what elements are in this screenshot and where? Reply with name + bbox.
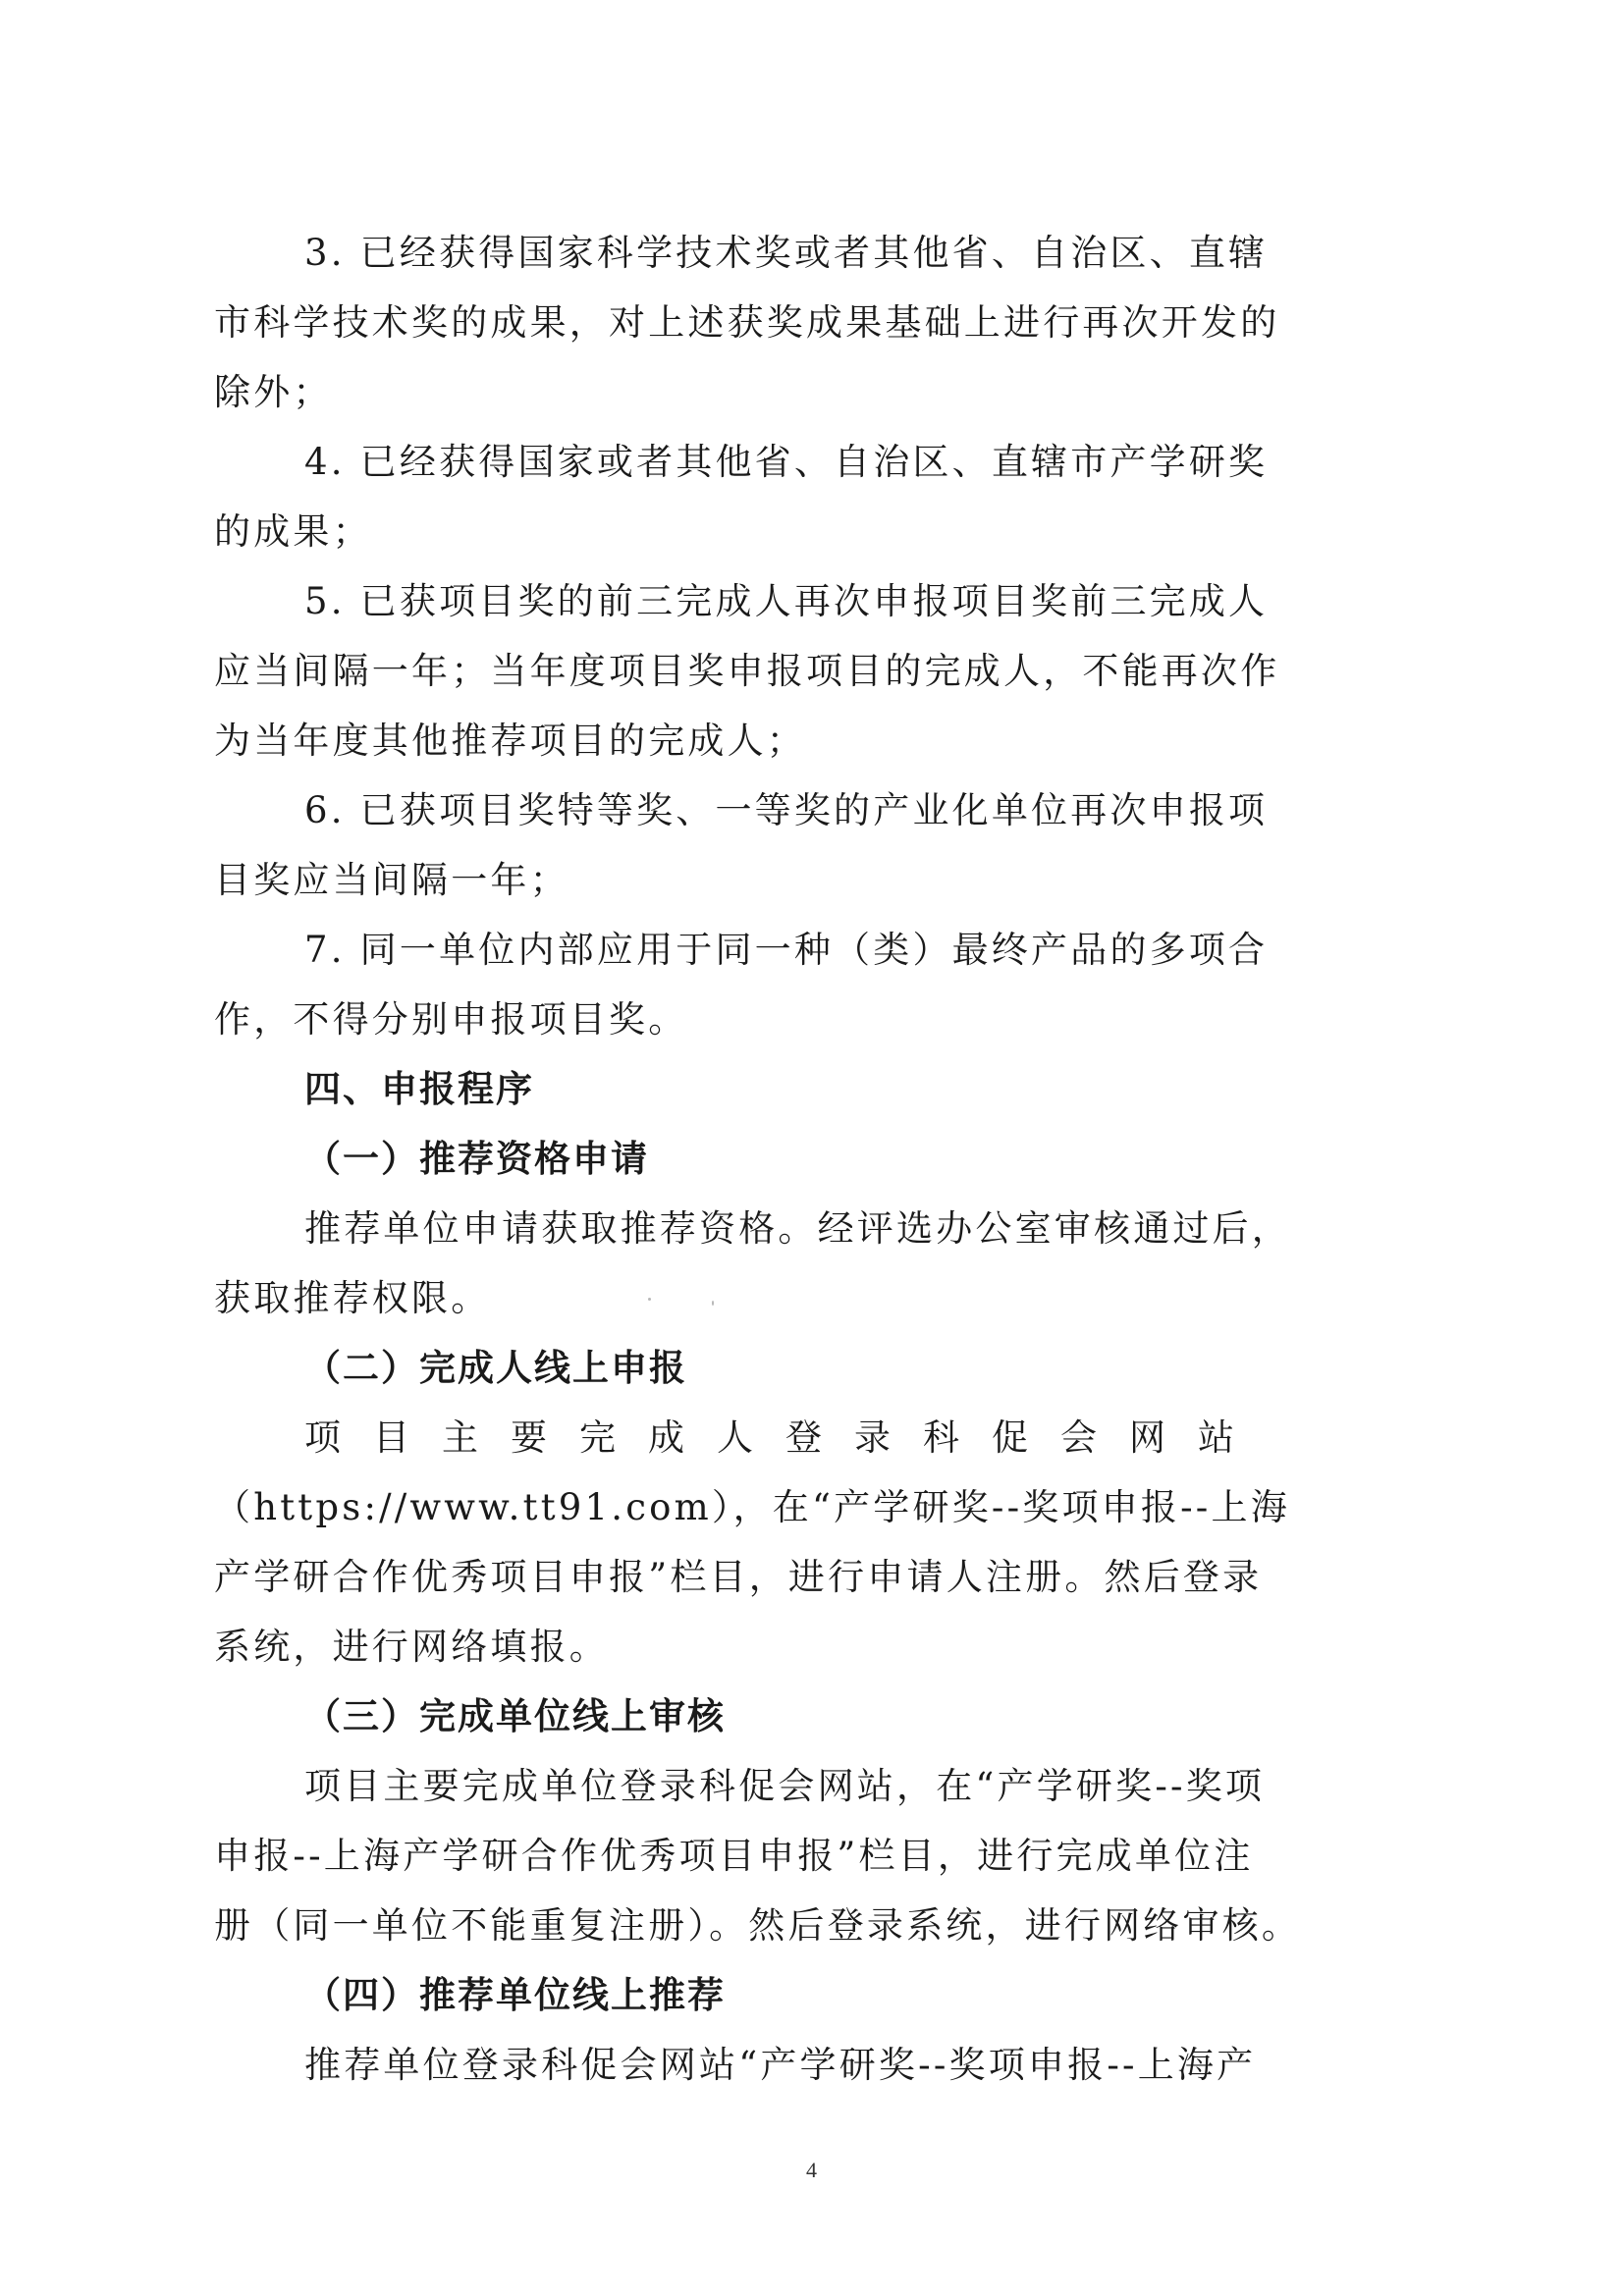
paragraph-line: 除外； xyxy=(214,357,1382,427)
paragraph-line: 市科学技术奖的成果，对上述获奖成果基础上进行再次开发的 xyxy=(214,288,1382,357)
document-page: 3. 已经获得国家科学技术奖或者其他省、自治区、直辖 市科学技术奖的成果，对上述… xyxy=(214,218,1382,2100)
paragraph-line: 应当间隔一年；当年度项目奖申报项目的完成人，不能再次作 xyxy=(214,636,1382,706)
subsection-heading: （四）推荐单位线上推荐 xyxy=(214,1960,1382,2030)
paragraph-line: 目奖应当间隔一年； xyxy=(214,845,1382,915)
subsection-heading: （二）完成人线上申报 xyxy=(214,1333,1382,1403)
paragraph-line: 获取推荐权限。 xyxy=(214,1263,1382,1333)
item-5: 5. 已获项目奖的前三完成人再次申报项目奖前三完成人 应当间隔一年；当年度项目奖… xyxy=(214,566,1382,775)
paragraph-line: 系统，进行网络填报。 xyxy=(214,1612,1382,1682)
item-4: 4. 已经获得国家或者其他省、自治区、直辖市产学研奖 的成果； xyxy=(214,427,1382,566)
paragraph-line: 7. 同一单位内部应用于同一种（类）最终产品的多项合 xyxy=(214,915,1382,985)
paragraph-line: 6. 已获项目奖特等奖、一等奖的产业化单位再次申报项 xyxy=(214,775,1382,845)
subsection-4: （四）推荐单位线上推荐 推荐单位登录科促会网站“产学研奖--奖项申报--上海产 xyxy=(214,1960,1382,2100)
paragraph-line: 推荐单位申请获取推荐资格。经评选办公室审核通过后， xyxy=(214,1194,1382,1263)
paragraph-line: 推荐单位登录科促会网站“产学研奖--奖项申报--上海产 xyxy=(214,2030,1382,2100)
paragraph-line: 3. 已经获得国家科学技术奖或者其他省、自治区、直辖 xyxy=(214,218,1382,288)
paragraph-line: 册（同一单位不能重复注册）。然后登录系统，进行网络审核。 xyxy=(214,1891,1382,1960)
paragraph-line: 的成果； xyxy=(214,497,1382,566)
subsection-heading: （一）推荐资格申请 xyxy=(214,1124,1382,1194)
paragraph-line: 产学研合作优秀项目申报”栏目，进行申请人注册。然后登录 xyxy=(214,1542,1382,1612)
paragraph-line: 5. 已获项目奖的前三完成人再次申报项目奖前三完成人 xyxy=(214,566,1382,636)
paragraph-line: 作，不得分别申报项目奖。 xyxy=(214,985,1382,1054)
scan-speck xyxy=(648,1298,651,1301)
paragraph-line: 申报--上海产学研合作优秀项目申报”栏目，进行完成单位注 xyxy=(214,1821,1382,1891)
subsection-1: （一）推荐资格申请 推荐单位申请获取推荐资格。经评选办公室审核通过后， 获取推荐… xyxy=(214,1124,1382,1333)
item-3: 3. 已经获得国家科学技术奖或者其他省、自治区、直辖 市科学技术奖的成果，对上述… xyxy=(214,218,1382,427)
item-7: 7. 同一单位内部应用于同一种（类）最终产品的多项合 作，不得分别申报项目奖。 xyxy=(214,915,1382,1054)
item-6: 6. 已获项目奖特等奖、一等奖的产业化单位再次申报项 目奖应当间隔一年； xyxy=(214,775,1382,915)
subsection-2: （二）完成人线上申报 项目主要完成人登录科促会网站 （https://www.t… xyxy=(214,1333,1382,1682)
scan-speck xyxy=(712,1301,714,1306)
section-heading: 四、申报程序 xyxy=(214,1054,1382,1124)
page-number: 4 xyxy=(0,2158,1623,2183)
paragraph-line: 项目主要完成单位登录科促会网站，在“产学研奖--奖项 xyxy=(214,1751,1382,1821)
subsection-heading: （三）完成单位线上审核 xyxy=(214,1682,1382,1751)
paragraph-line: （https://www.tt91.com），在“产学研奖--奖项申报--上海 xyxy=(214,1472,1382,1542)
paragraph-line: 4. 已经获得国家或者其他省、自治区、直辖市产学研奖 xyxy=(214,427,1382,497)
subsection-3: （三）完成单位线上审核 项目主要完成单位登录科促会网站，在“产学研奖--奖项 申… xyxy=(214,1682,1382,1960)
paragraph-line: 为当年度其他推荐项目的完成人； xyxy=(214,706,1382,775)
paragraph-line: 项目主要完成人登录科促会网站 xyxy=(214,1403,1382,1472)
